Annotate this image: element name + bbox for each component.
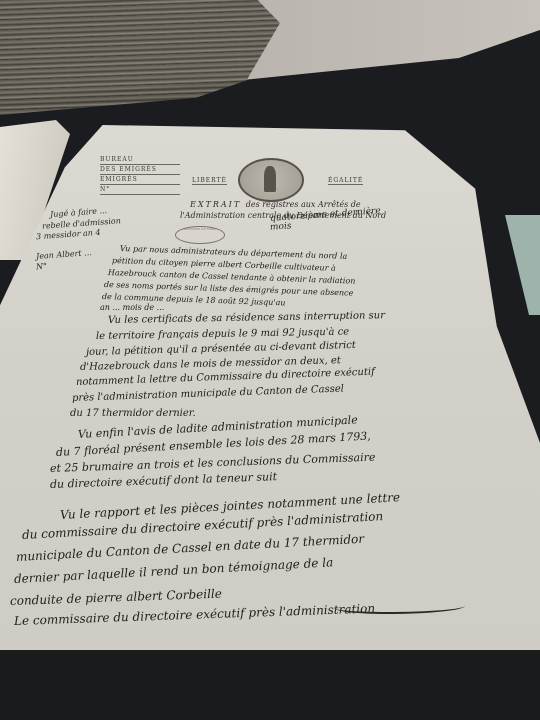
- photo-scene: Bureau des Emigrés Emigrés N° LIBERTÉ ÉG…: [0, 0, 540, 720]
- margin-note-right: mois: [270, 221, 292, 232]
- bureau-line: N°: [100, 185, 180, 195]
- bureau-line: Emigrés: [100, 175, 180, 185]
- bureau-block: Bureau des Emigrés Emigrés N°: [100, 155, 180, 195]
- extrait-word: EXTRAIT: [190, 200, 241, 209]
- seal-icon: [238, 158, 304, 202]
- document-bundle: [0, 0, 280, 115]
- motto-liberte: LIBERTÉ: [192, 177, 227, 185]
- table-edge: [0, 650, 540, 720]
- bureau-line: des Emigrés: [100, 165, 180, 175]
- side-card: [505, 215, 540, 315]
- archive-stamp: ARCHIVES DU NORD: [175, 226, 225, 244]
- motto-egalite: ÉGALITÉ: [328, 177, 363, 185]
- bureau-line: Bureau: [100, 155, 180, 165]
- extrait-heading: EXTRAIT des registres aux Arrêtés de: [190, 200, 361, 209]
- margin-note: N°: [36, 262, 48, 272]
- body-line: du 17 thermidor dernier.: [70, 408, 196, 419]
- letterhead: Bureau des Emigrés Emigrés N° LIBERTÉ ÉG…: [100, 155, 440, 205]
- extrait-rest: des registres aux Arrêtés de: [246, 200, 361, 209]
- body-line: an ... mois de ...: [100, 303, 164, 312]
